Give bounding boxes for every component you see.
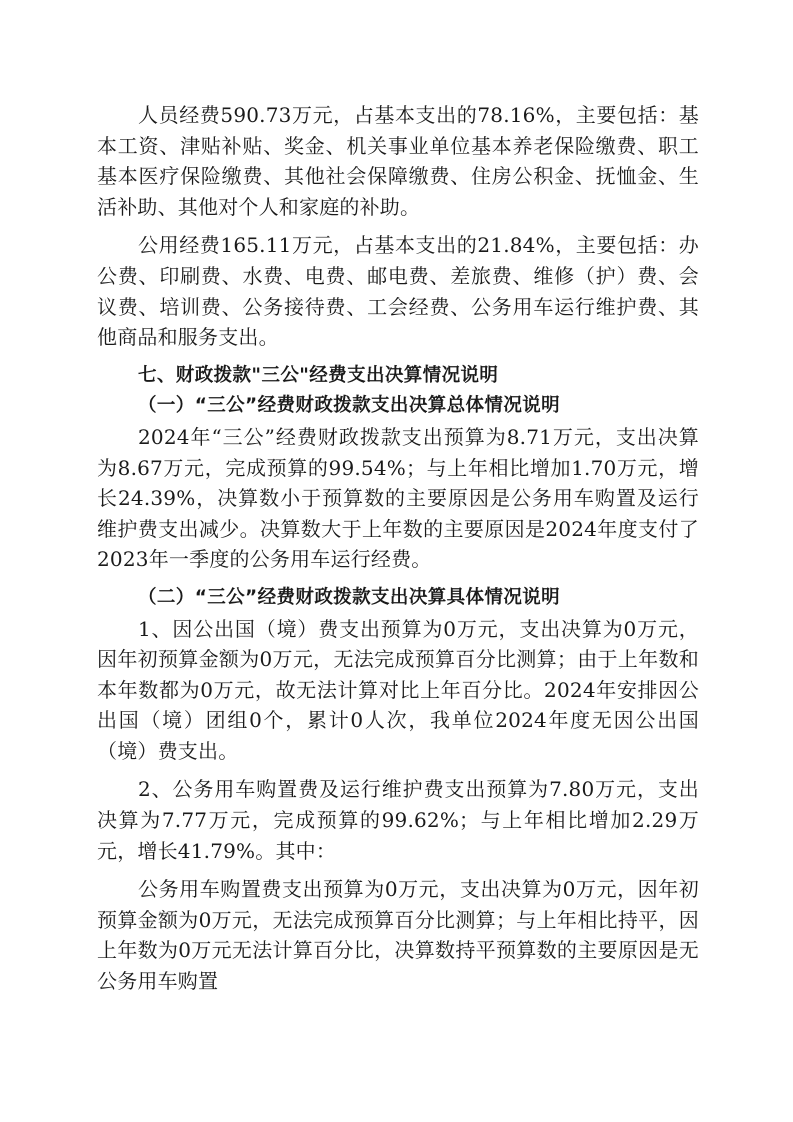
document-page: 人员经费590.73万元，占基本支出的78.16%，主要包括：基本工资、津贴补贴… — [97, 100, 699, 1005]
subsection-heading-specific: （二）“三公”经费财政拨款支出决算具体情况说明 — [97, 583, 699, 614]
paragraph-three-public-overall: 2024年“三公”经费财政拨款支出预算为8.71万元，支出决算为8.67万元，完… — [97, 422, 699, 575]
paragraph-public-expense: 公用经费165.11万元，占基本支出的21.84%，主要包括：办公费、印刷费、水… — [97, 230, 699, 352]
subsection-heading-overall: （一）“三公”经费财政拨款支出决算总体情况说明 — [97, 391, 699, 422]
paragraph-overseas-travel: 1、因公出国（境）费支出预算为0万元，支出决算为0万元，因年初预算金额为0万元，… — [97, 614, 699, 767]
section-heading-seven: 七、财政拨款"三公"经费支出决算情况说明 — [97, 361, 699, 392]
paragraph-personnel-expense: 人员经费590.73万元，占基本支出的78.16%，主要包括：基本工资、津贴补贴… — [97, 100, 699, 222]
paragraph-vehicle-expense: 2、公务用车购置费及运行维护费支出预算为7.80万元，支出决算为7.77万元，完… — [97, 774, 699, 866]
paragraph-vehicle-purchase: 公务用车购置费支出预算为0万元，支出决算为0万元，因年初预算金额为0万元，无法完… — [97, 874, 699, 996]
